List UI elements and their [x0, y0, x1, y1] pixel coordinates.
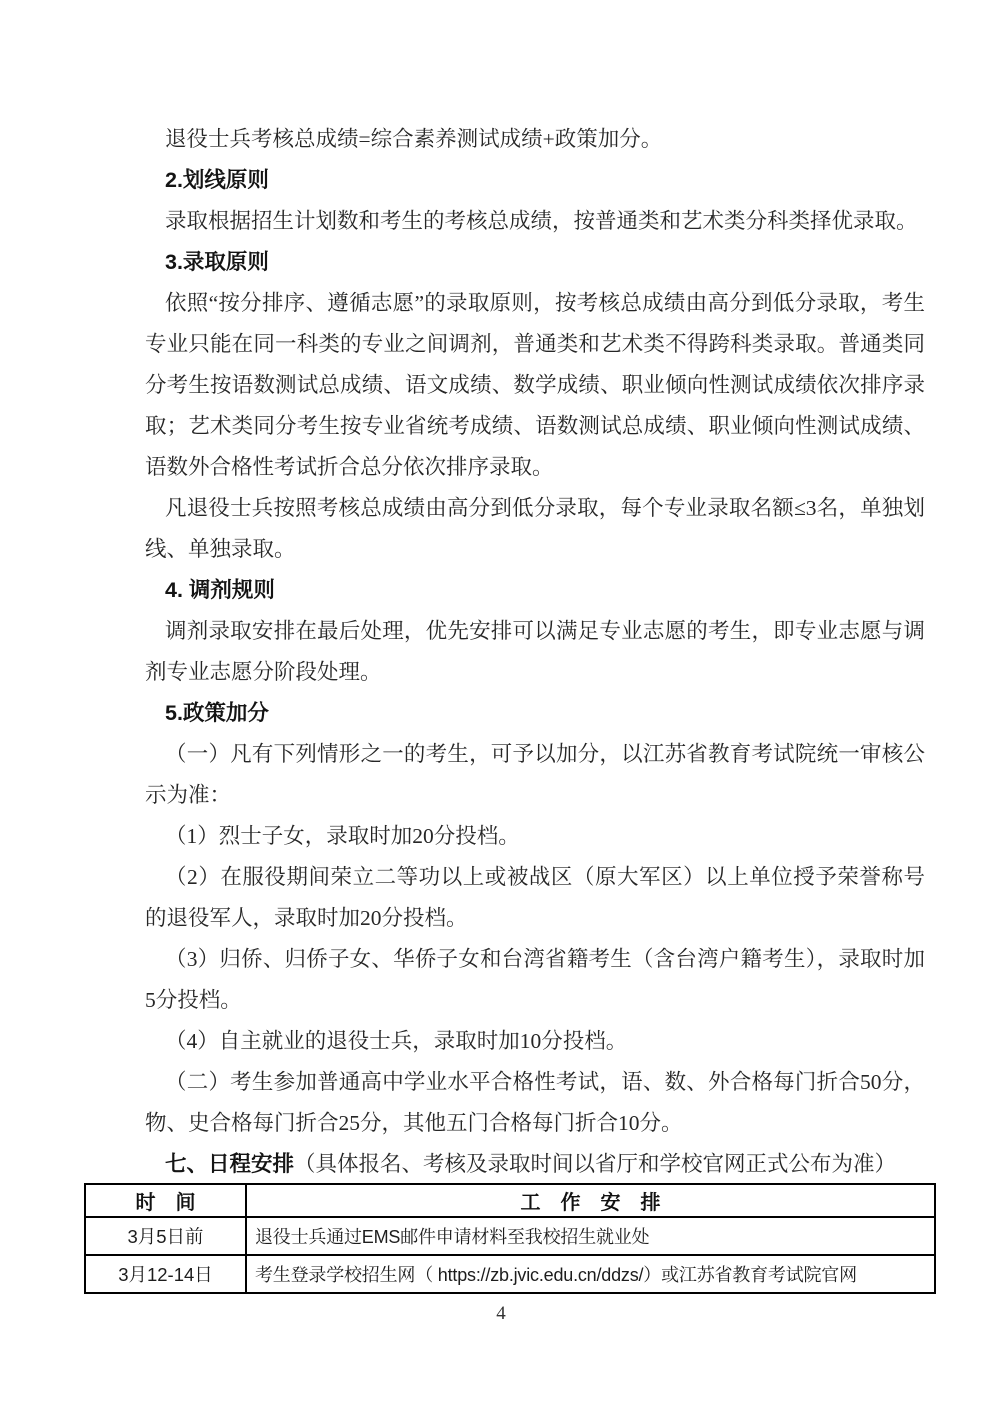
table-cell-time-1: 3月5日前: [85, 1217, 246, 1255]
schedule-table: 时 间 工 作 安 排 3月5日前 退役士兵通过EMS邮件申请材料至我校招生就业…: [84, 1183, 936, 1294]
table-header-task: 工 作 安 排: [246, 1184, 935, 1217]
schedule-section-heading: 七、日程安排（具体报名、考核及录取时间以省厅和学校官网正式公布为准）: [145, 1144, 925, 1185]
schedule-heading-note: （具体报名、考核及录取时间以省厅和学校官网正式公布为准）: [294, 1152, 896, 1176]
schedule-heading-title: 七、日程安排: [165, 1152, 294, 1176]
paragraph-line-drawing: 录取根据招生计划数和考生的考核总成绩，按普通类和艺术类分科类择优录取。: [145, 201, 925, 242]
paragraph-bonus-intro: （一）凡有下列情形之一的考生，可予以加分，以江苏省教育考试院统一审核公示为准：: [145, 734, 925, 816]
paragraph-bonus-part-2: （二）考生参加普通高中学业水平合格性考试，语、数、外合格每门折合50分，物、史合…: [145, 1062, 925, 1144]
paragraph-veteran-quota: 凡退役士兵按照考核总成绩由高分到低分录取，每个专业录取名额≤3名，单独划线、单独…: [145, 488, 925, 570]
document-page: 退役士兵考核总成绩=综合素养测试成绩+政策加分。 2.划线原则 录取根据招生计划…: [0, 0, 1002, 1421]
paragraph-bonus-item-4: （4）自主就业的退役士兵，录取时加10分投档。: [145, 1021, 925, 1062]
paragraph-adjustment: 调剂录取安排在最后处理，优先安排可以满足专业志愿的考生，即专业志愿与调剂专业志愿…: [145, 611, 925, 693]
table-cell-time-2: 3月12-14日: [85, 1255, 246, 1293]
heading-admission-principle: 3.录取原则: [145, 242, 925, 283]
table-row: 3月12-14日 考生登录学校招生网（ https://zb.jvic.edu.…: [85, 1255, 935, 1293]
page-number: 4: [0, 1303, 1002, 1325]
document-body: 退役士兵考核总成绩=综合素养测试成绩+政策加分。 2.划线原则 录取根据招生计划…: [145, 119, 925, 1185]
table-cell-task-2: 考生登录学校招生网（ https://zb.jvic.edu.cn/ddzs/）…: [246, 1255, 935, 1293]
table-row: 3月5日前 退役士兵通过EMS邮件申请材料至我校招生就业处: [85, 1217, 935, 1255]
paragraph-bonus-item-1: （1）烈士子女，录取时加20分投档。: [145, 816, 925, 857]
paragraph-admission-rules: 依照“按分排序、遵循志愿”的录取原则，按考核总成绩由高分到低分录取，考生专业只能…: [145, 283, 925, 488]
heading-line-drawing-principle: 2.划线原则: [145, 160, 925, 201]
heading-policy-bonus: 5.政策加分: [145, 693, 925, 734]
table-header-time: 时 间: [85, 1184, 246, 1217]
table-cell-task-1: 退役士兵通过EMS邮件申请材料至我校招生就业处: [246, 1217, 935, 1255]
paragraph-bonus-item-2: （2）在服役期间荣立二等功以上或被战区（原大军区）以上单位授予荣誉称号的退役军人…: [145, 857, 925, 939]
paragraph-total-score-formula: 退役士兵考核总成绩=综合素养测试成绩+政策加分。: [145, 119, 925, 160]
schedule-table-header-row: 时 间 工 作 安 排: [85, 1184, 935, 1217]
paragraph-bonus-item-3: （3）归侨、归侨子女、华侨子女和台湾省籍考生（含台湾户籍考生），录取时加5分投档…: [145, 939, 925, 1021]
heading-adjustment-rules: 4. 调剂规则: [145, 570, 925, 611]
